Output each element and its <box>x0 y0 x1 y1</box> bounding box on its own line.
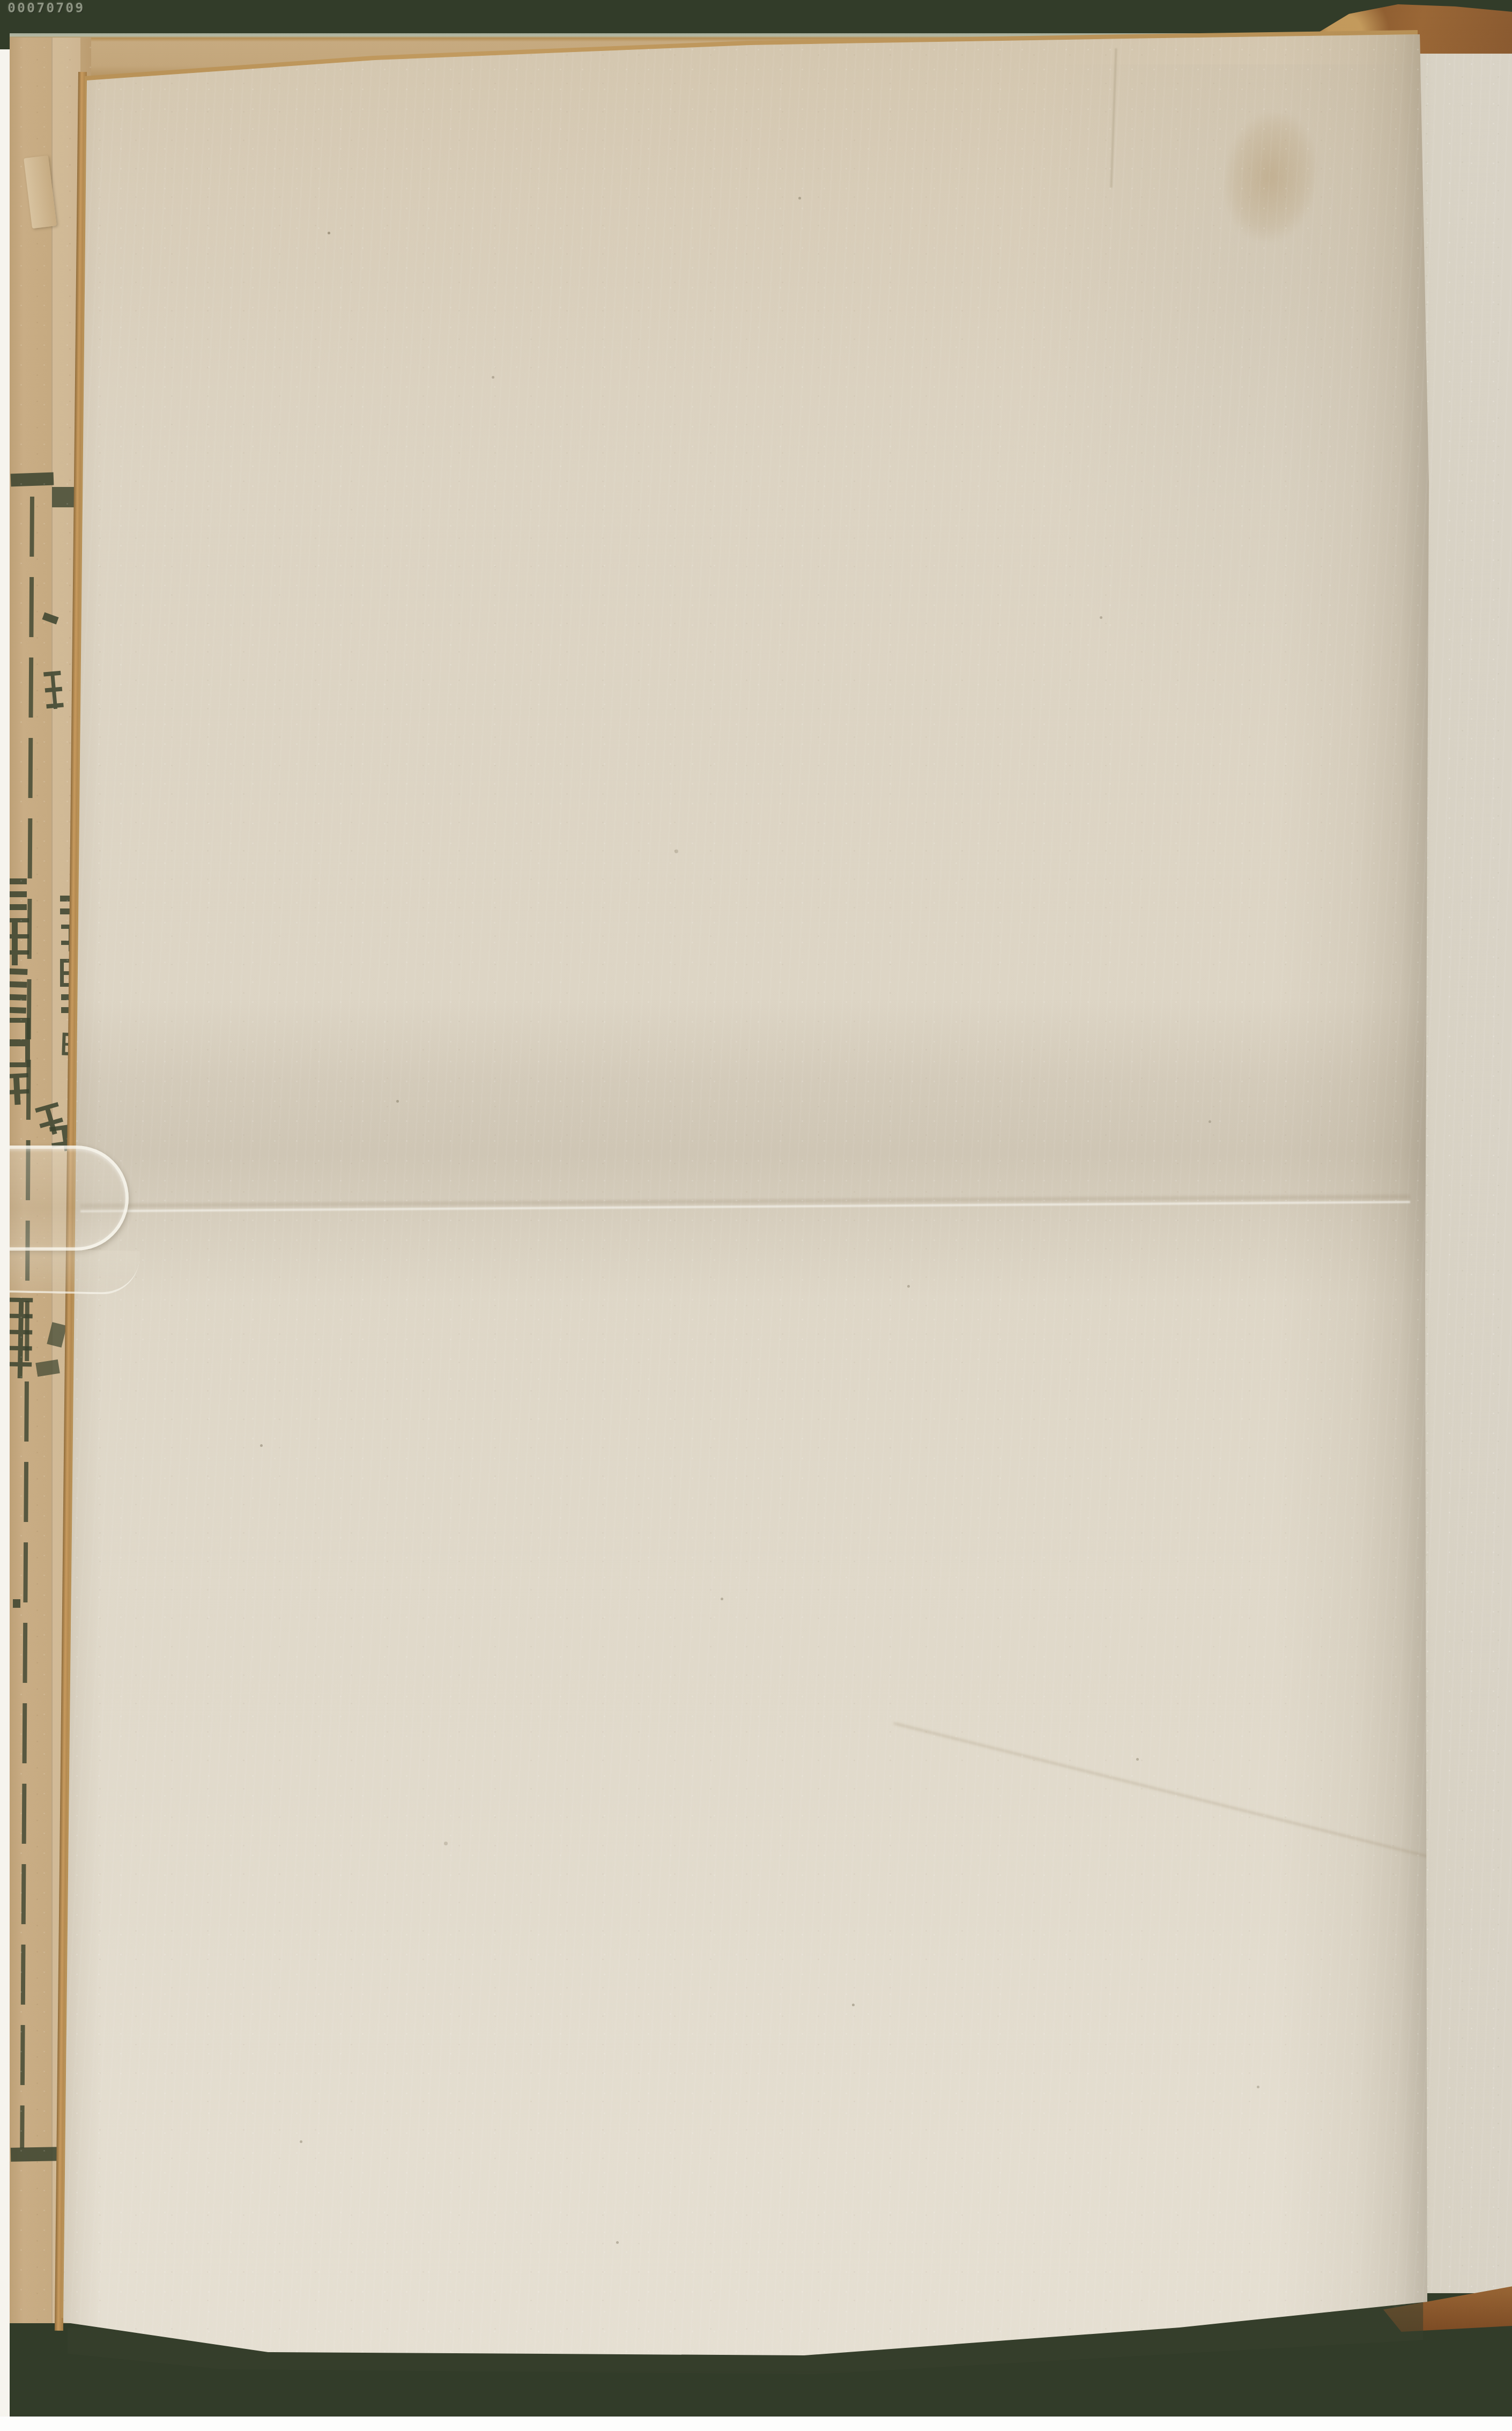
plastic-clip-arm <box>0 1248 140 1295</box>
scan-margin-left <box>0 49 10 2431</box>
scan-margin-bottom <box>0 2417 1512 2431</box>
plastic-clip <box>0 1146 129 1251</box>
book-scan: 00070709 <box>0 0 1512 2431</box>
blank-page <box>0 0 1512 2431</box>
paper-texture <box>0 0 1512 2431</box>
scan-id-label: 00070709 <box>8 0 147 18</box>
paper-speckles <box>0 0 2 2</box>
